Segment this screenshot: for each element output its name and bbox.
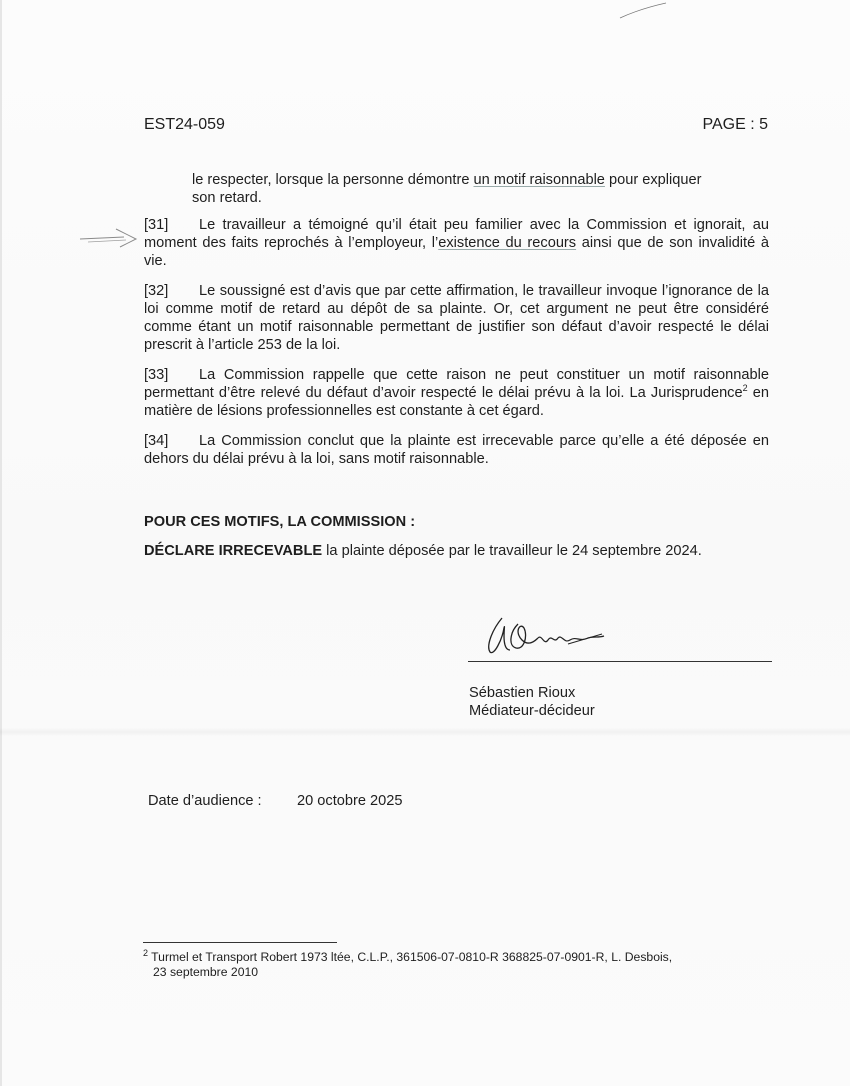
decision-lead: DÉCLARE IRRECEVABLE xyxy=(144,543,322,559)
continuation-text: le respecter, lorsque la personne démont… xyxy=(192,172,474,188)
paragraph-number: [33] xyxy=(144,366,199,384)
paper-fold xyxy=(0,728,850,736)
decision-text: la plainte déposée par le travailleur le… xyxy=(322,543,702,559)
footnote-line2: 23 septembre 2010 xyxy=(143,965,763,980)
signer-name: Sébastien Rioux xyxy=(469,684,595,702)
paragraph-text: La Commission conclut que la plainte est… xyxy=(144,433,769,467)
paragraph-number: [34] xyxy=(144,432,199,450)
file-number: EST24-059 xyxy=(144,116,225,134)
hearing-date: Date d’audience :20 octobre 2025 xyxy=(148,793,402,809)
paragraph-34: [34]La Commission conclut que la plainte… xyxy=(144,432,769,468)
signature-icon xyxy=(484,610,614,660)
decision-statement: DÉCLARE IRRECEVABLE la plainte déposée p… xyxy=(144,543,702,559)
decision-heading: POUR CES MOTIFS, LA COMMISSION : xyxy=(144,514,415,530)
scan-edge xyxy=(0,0,2,1086)
continuation-paragraph: le respecter, lorsque la personne démont… xyxy=(192,171,732,207)
page-number: PAGE : 5 xyxy=(702,116,768,134)
document-page: EST24-059 PAGE : 5 le respecter, lorsque… xyxy=(0,0,850,1086)
paragraph-number: [31] xyxy=(144,216,199,234)
paragraph-text: La Commission rappelle que cette raison … xyxy=(144,367,769,401)
paragraph-32: [32]Le soussigné est d’avis que par cett… xyxy=(144,282,769,354)
hearing-date-value: 20 octobre 2025 xyxy=(297,793,402,809)
hand-drawn-arrow-icon xyxy=(78,226,140,250)
hearing-date-label: Date d’audience : xyxy=(148,793,297,809)
footnote: 2 Turmel et Transport Robert 1973 ltée, … xyxy=(143,950,763,980)
paragraph-33: [33]La Commission rappelle que cette rai… xyxy=(144,366,769,420)
signer-block: Sébastien Rioux Médiateur-décideur xyxy=(469,684,595,720)
continuation-line2: son retard. xyxy=(192,190,262,206)
paragraph-number: [32] xyxy=(144,282,199,300)
signature-line xyxy=(468,661,772,662)
paragraph-text: Le soussigné est d’avis que par cette af… xyxy=(144,283,769,353)
paragraph-31: [31]Le travailleur a témoigné qu’il étai… xyxy=(144,216,769,270)
footnote-line1: Turmel et Transport Robert 1973 ltée, C.… xyxy=(148,950,672,964)
footnote-separator xyxy=(143,942,337,943)
underlined-phrase: un motif raisonnable xyxy=(474,172,605,188)
continuation-text-end: pour expliquer xyxy=(605,172,702,188)
signer-title: Médiateur-décideur xyxy=(469,702,595,720)
pen-stroke-mark xyxy=(618,2,668,20)
underlined-phrase: existence du recours xyxy=(438,235,576,251)
